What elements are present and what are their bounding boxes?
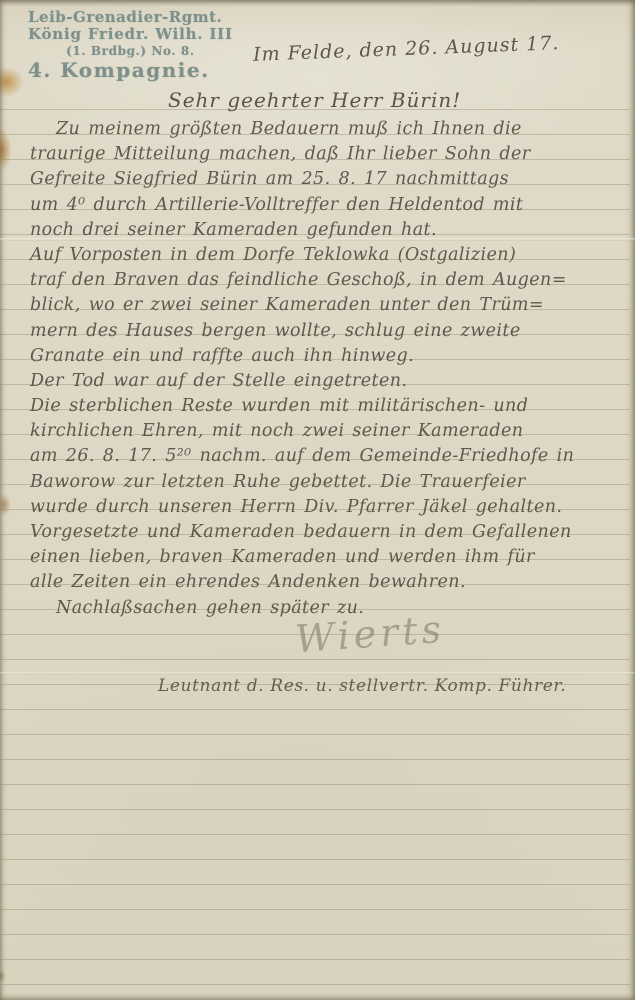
body-line: Baworow zur letzten Ruhe gebettet. Die T…	[30, 470, 605, 495]
stamp-regiment-number: (1. Brdbg.) No. 8.	[28, 45, 233, 59]
body-line: blick, wo er zwei seiner Kameraden unter…	[30, 293, 605, 318]
letter-page: Leib-Grenadier-Rgmt. König Friedr. Wilh.…	[0, 0, 635, 1000]
body-line: um 4⁰ durch Artillerie-Volltreffer den H…	[30, 193, 605, 218]
stamp-regiment-name: Leib-Grenadier-Rgmt.	[28, 9, 233, 26]
body-line: kirchlichen Ehren, mit noch zwei seiner …	[30, 419, 605, 444]
body-line: Gefreite Siegfried Bürin am 25. 8. 17 na…	[30, 167, 605, 192]
body-line: Vorgesetzte und Kameraden bedauern in de…	[30, 520, 605, 545]
signoff-rank-line: Leutnant d. Res. u. stellvertr. Komp. Fü…	[158, 676, 566, 696]
signature-pencil: Wierts	[294, 607, 447, 661]
body-line: mern des Hauses bergen wollte, schlug ei…	[30, 319, 605, 344]
body-line: einen lieben, braven Kameraden und werde…	[30, 545, 605, 570]
body-line: am 26. 8. 17. 5²⁰ nachm. auf dem Gemeind…	[30, 444, 605, 469]
letter-body: Zu meinem größten Bedauern muß ich Ihnen…	[30, 117, 605, 621]
body-line: Die sterblichen Reste wurden mit militär…	[30, 394, 605, 419]
body-line: wurde durch unseren Herrn Div. Pfarrer J…	[30, 495, 605, 520]
body-line: traf den Braven das feindliche Geschoß, …	[30, 268, 605, 293]
regimental-stamp: Leib-Grenadier-Rgmt. König Friedr. Wilh.…	[28, 9, 233, 82]
body-line: traurige Mitteilung machen, daß Ihr lieb…	[30, 142, 605, 167]
body-line: Auf Vorposten in dem Dorfe Teklowka (Ost…	[30, 243, 605, 268]
dateline: Im Felde, den 26. August 17.	[253, 32, 560, 66]
body-line: alle Zeiten ein ehrendes Andenken bewahr…	[30, 570, 605, 595]
body-line: Zu meinem größten Bedauern muß ich Ihnen…	[30, 117, 605, 142]
stamp-company: 4. Kompagnie.	[28, 59, 233, 82]
paper-crease	[0, 672, 635, 675]
salutation: Sehr geehrter Herr Bürin!	[168, 88, 461, 112]
body-line: noch drei seiner Kameraden gefunden hat.	[30, 218, 605, 243]
body-line: Der Tod war auf der Stelle eingetreten.	[30, 369, 605, 394]
stamp-regiment-patron: König Friedr. Wilh. III	[28, 26, 233, 43]
body-line: Granate ein und raffte auch ihn hinweg.	[30, 344, 605, 369]
